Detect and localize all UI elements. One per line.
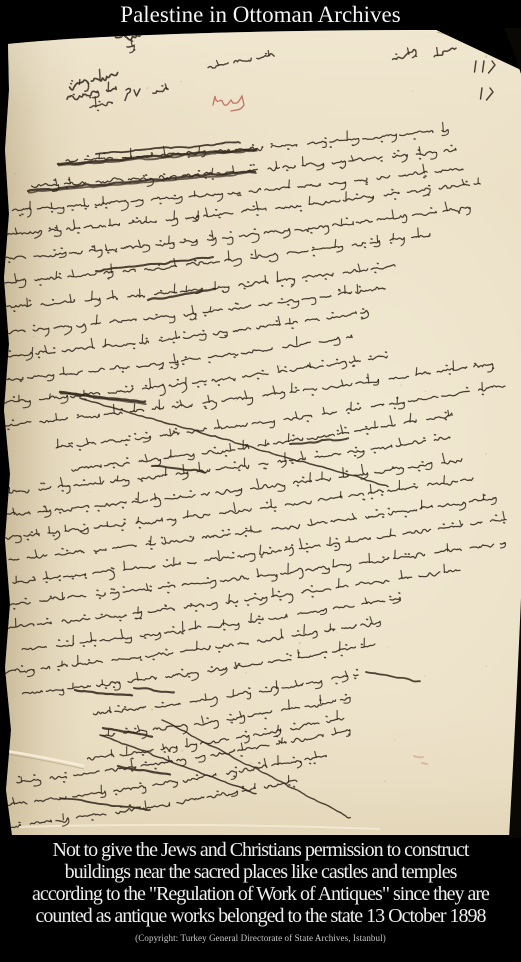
manuscript-photo (0, 28, 521, 838)
caption-line: counted as antique works belonged to the… (0, 905, 521, 927)
copyright-note: (Copyright: Turkey General Directorate o… (0, 933, 521, 943)
caption-line: Not to give the Jews and Christians perm… (0, 839, 521, 861)
page-title: Palestine in Ottoman Archives (0, 0, 521, 28)
page: Palestine in Ottoman Archives Not to giv… (0, 0, 521, 962)
paper-shading (0, 28, 521, 838)
manuscript-svg (0, 28, 521, 838)
caption-line: according to the "Regulation of Work of … (0, 883, 521, 905)
caption-line: buildings near the sacred places like ca… (0, 861, 521, 883)
caption: Not to give the Jews and Christians perm… (0, 839, 521, 927)
